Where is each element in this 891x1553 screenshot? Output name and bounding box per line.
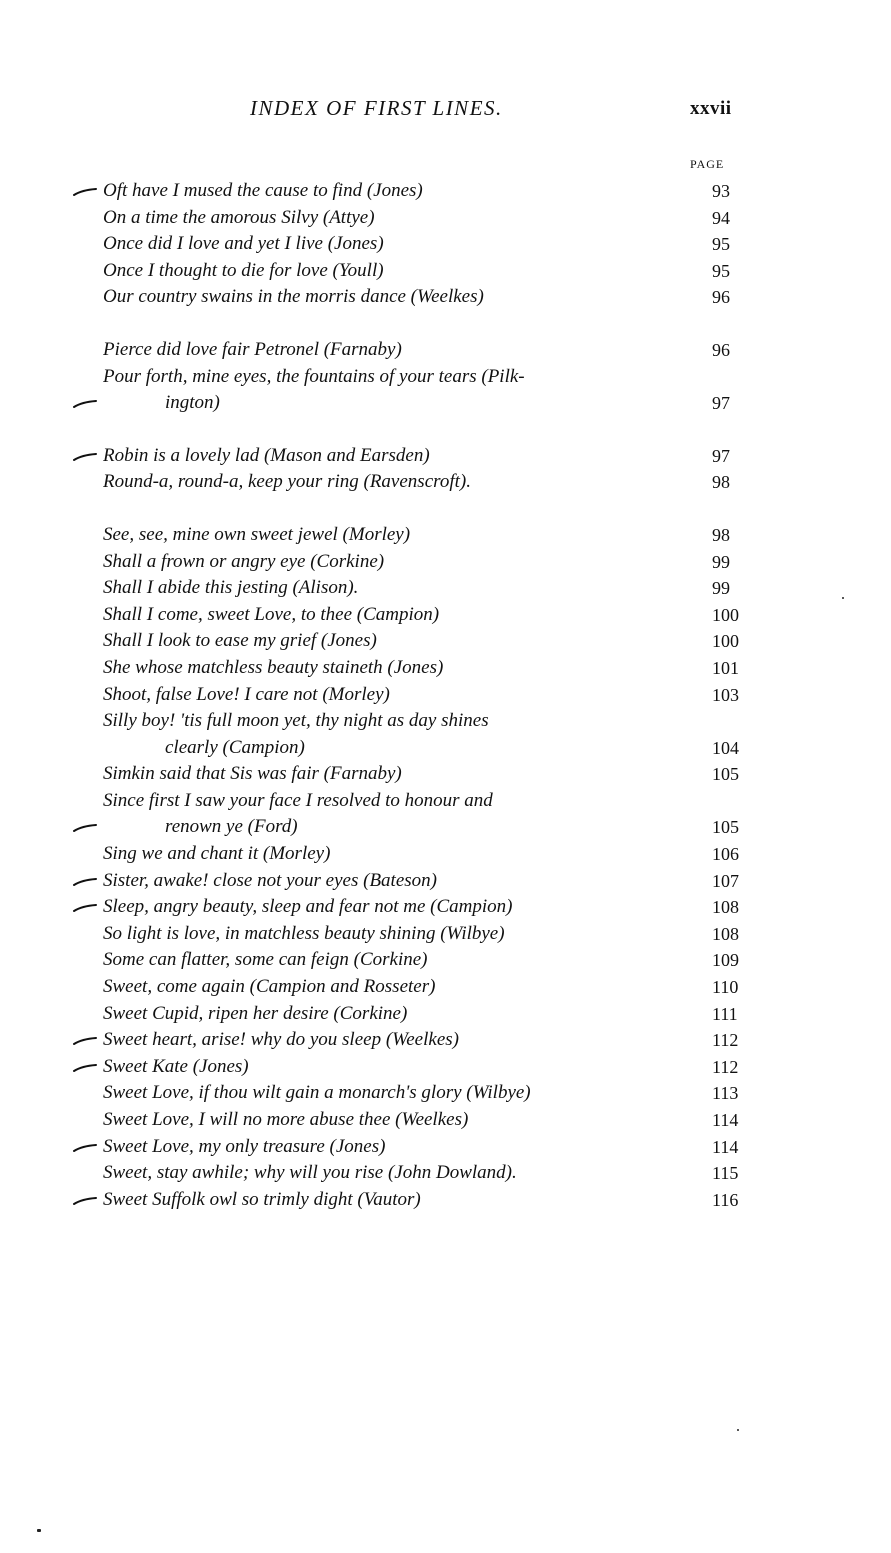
entry-page-number: 93 [712,178,752,205]
index-entry: Pour forth, mine eyes, the fountains of … [0,364,891,417]
index-entry: Once I thought to die for love (Youll)95 [0,258,891,285]
first-line-label: Once did I love and yet I live (Jones) [103,233,388,254]
first-line-label: Once I thought to die for love (Youll) [103,260,388,281]
entry-page-number: 96 [712,337,752,364]
first-line-text: Simkin said that Sis was fair (Farnaby) [103,761,693,788]
page-number: xxvii [690,98,732,120]
first-line-text: Round-a, round-a, keep your ring (Ravens… [103,469,693,496]
entry-page-number: 114 [712,1134,752,1161]
pencil-tick-mark-icon [72,1197,98,1205]
index-entry: Sweet Cupid, ripen her desire (Corkine)1… [0,1001,891,1028]
continuation-label: renown ye (Ford) [165,816,302,837]
index-entry: Sweet, stay awhile; why will you rise (J… [0,1160,891,1187]
entry-page-number: 96 [712,284,752,311]
first-line-label: On a time the amorous Silvy (Attye) [103,207,379,228]
first-line-text: Sweet Love, if thou wilt gain a monarch'… [103,1080,693,1107]
index-entry: Sweet Suffolk owl so trimly dight (Vauto… [0,1187,891,1214]
first-line-text: Sister, awake! close not your eyes (Bate… [103,868,693,895]
entry-page-number: 111 [712,1001,752,1028]
first-line-text: Shoot, false Love! I care not (Morley) [103,682,693,709]
continuation-line-text: renown ye (Ford) [165,814,693,841]
first-line-label: Shall a frown or angry eye (Corkine) [103,551,388,572]
first-line-label: Robin is a lovely lad (Mason and Earsden… [103,445,434,466]
index-entry: Round-a, round-a, keep your ring (Ravens… [0,469,891,496]
index-entry: Sweet Love, my only treasure (Jones)114 [0,1134,891,1161]
index-entry: See, see, mine own sweet jewel (Morley)9… [0,522,891,549]
entry-page-number: 116 [712,1187,752,1214]
first-line-text: Sweet, come again (Campion and Rosseter) [103,974,693,1001]
entry-page-number: 95 [712,258,752,285]
first-line-label: Since first I saw your face I resolved t… [103,790,497,811]
first-line-label: Sweet Love, my only treasure (Jones) [103,1136,389,1157]
scan-speck [37,1529,41,1532]
first-line-label: Simkin said that Sis was fair (Farnaby) [103,763,406,784]
index-entry: Sweet Love, I will no more abuse thee (W… [0,1107,891,1134]
first-line-label: Our country swains in the morris dance (… [103,286,488,307]
first-line-label: See, see, mine own sweet jewel (Morley) [103,524,414,545]
first-line-label: Oft have I mused the cause to find (Jone… [103,180,427,201]
entry-page-number: 105 [712,761,752,788]
first-line-text: Shall I come, sweet Love, to thee (Campi… [103,602,693,629]
first-line-text: Shall I look to ease my grief (Jones) [103,628,693,655]
first-line-label: Sing we and chant it (Morley) [103,843,334,864]
first-line-label: Some can flatter, some can feign (Corkin… [103,949,432,970]
first-line-label: Sweet Love, I will no more abuse thee (W… [103,1109,472,1130]
first-line-label: Shall I abide this jesting (Alison). [103,577,362,598]
pencil-tick-mark-icon [72,1064,98,1072]
first-line-label: Sweet Kate (Jones) [103,1056,253,1077]
entry-page-number: 100 [712,628,752,655]
entry-page-number: 106 [712,841,752,868]
first-line-text: See, see, mine own sweet jewel (Morley) [103,522,693,549]
index-entry: Some can flatter, some can feign (Corkin… [0,947,891,974]
entry-page-number: 107 [712,868,752,895]
first-line-text: Shall I abide this jesting (Alison). [103,575,693,602]
index-entry: Shall I come, sweet Love, to thee (Campi… [0,602,891,629]
first-line-text: Sweet Suffolk owl so trimly dight (Vauto… [103,1187,693,1214]
running-head-title: INDEX OF FIRST LINES. [250,96,503,121]
index-entry: Oft have I mused the cause to find (Jone… [0,178,891,205]
first-line-label: Pour forth, mine eyes, the fountains of … [103,366,529,387]
entry-page-number: 115 [712,1160,752,1187]
index-entry: She whose matchless beauty staineth (Jon… [0,655,891,682]
entry-page-number: 104 [712,735,752,762]
first-line-text: Once did I love and yet I live (Jones) [103,231,693,258]
scan-speck [842,597,844,599]
index-entry: Silly boy! 'tis full moon yet, thy night… [0,708,891,761]
first-line-text: Sweet Kate (Jones) [103,1054,693,1081]
scan-speck [737,1429,739,1431]
index-entry: Pierce did love fair Petronel (Farnaby)9… [0,337,891,364]
continuation-label: clearly (Campion) [165,737,309,758]
pencil-tick-mark-icon [72,453,98,461]
first-line-text: Sweet Love, my only treasure (Jones) [103,1134,693,1161]
first-line-text: She whose matchless beauty staineth (Jon… [103,655,693,682]
first-line-text: Silly boy! 'tis full moon yet, thy night… [103,708,693,735]
continuation-label: ington) [165,392,224,413]
entry-page-number: 101 [712,655,752,682]
first-line-text: Pour forth, mine eyes, the fountains of … [103,364,693,391]
first-line-label: Shall I come, sweet Love, to thee (Campi… [103,604,443,625]
first-line-text: Sweet Cupid, ripen her desire (Corkine) [103,1001,693,1028]
continuation-line-text: clearly (Campion) [165,735,693,762]
first-line-label: Sweet, stay awhile; why will you rise (J… [103,1162,521,1183]
entry-page-number: 95 [712,231,752,258]
entry-page-number: 112 [712,1054,752,1081]
entry-page-number: 97 [712,390,752,417]
index-entry: Since first I saw your face I resolved t… [0,788,891,841]
entry-page-number: 108 [712,894,752,921]
index-entry: Shall I abide this jesting (Alison).99 [0,575,891,602]
first-line-text: Sing we and chant it (Morley) [103,841,693,868]
first-line-label: Sweet Cupid, ripen her desire (Corkine) [103,1003,411,1024]
entry-page-number: 98 [712,469,752,496]
first-line-label: Shoot, false Love! I care not (Morley) [103,684,394,705]
first-line-label: Sweet heart, arise! why do you sleep (We… [103,1029,463,1050]
first-line-text: Once I thought to die for love (Youll) [103,258,693,285]
index-entry: Sleep, angry beauty, sleep and fear not … [0,894,891,921]
first-line-text: Shall a frown or angry eye (Corkine) [103,549,693,576]
index-entry: Sweet, come again (Campion and Rosseter)… [0,974,891,1001]
entry-page-number: 114 [712,1107,752,1134]
first-line-label: Sweet Suffolk owl so trimly dight (Vauto… [103,1189,425,1210]
first-line-label: Shall I look to ease my grief (Jones) [103,630,381,651]
entry-page-number: 98 [712,522,752,549]
index-of-first-lines: Oft have I mused the cause to find (Jone… [0,178,891,1213]
first-line-text: So light is love, in matchless beauty sh… [103,921,693,948]
index-entry: Sing we and chant it (Morley)106 [0,841,891,868]
first-line-label: Silly boy! 'tis full moon yet, thy night… [103,710,493,731]
first-line-label: So light is love, in matchless beauty sh… [103,923,509,944]
entry-page-number: 99 [712,549,752,576]
entry-page-number: 110 [712,974,752,1001]
first-line-text: On a time the amorous Silvy (Attye) [103,205,693,232]
pencil-tick-mark-icon [72,1144,98,1152]
first-line-text: Since first I saw your face I resolved t… [103,788,693,815]
index-entry: So light is love, in matchless beauty sh… [0,921,891,948]
index-entry: Sister, awake! close not your eyes (Bate… [0,868,891,895]
first-line-text: Sweet Love, I will no more abuse thee (W… [103,1107,693,1134]
index-entry: Robin is a lovely lad (Mason and Earsden… [0,443,891,470]
first-line-text: Some can flatter, some can feign (Corkin… [103,947,693,974]
index-entry: On a time the amorous Silvy (Attye)94 [0,205,891,232]
entry-page-number: 105 [712,814,752,841]
first-line-label: Round-a, round-a, keep your ring (Ravens… [103,471,475,492]
pencil-tick-mark-icon [72,400,98,408]
entry-page-number: 113 [712,1080,752,1107]
index-entry: Shoot, false Love! I care not (Morley)10… [0,682,891,709]
entry-page-number: 94 [712,205,752,232]
pencil-tick-mark-icon [72,878,98,886]
first-line-text: Sweet heart, arise! why do you sleep (We… [103,1027,693,1054]
entry-page-number: 97 [712,443,752,470]
first-line-text: Sleep, angry beauty, sleep and fear not … [103,894,693,921]
pencil-tick-mark-icon [72,904,98,912]
index-entry: Shall a frown or angry eye (Corkine)99 [0,549,891,576]
first-line-label: Sweet Love, if thou wilt gain a monarch'… [103,1082,535,1103]
continuation-line-text: ington) [165,390,693,417]
index-entry: Sweet Love, if thou wilt gain a monarch'… [0,1080,891,1107]
first-line-text: Oft have I mused the cause to find (Jone… [103,178,693,205]
entry-page-number: 109 [712,947,752,974]
first-line-label: Sweet, come again (Campion and Rosseter) [103,976,439,997]
first-line-text: Pierce did love fair Petronel (Farnaby) [103,337,693,364]
pencil-tick-mark-icon [72,188,98,196]
entry-page-number: 103 [712,682,752,709]
entry-page-number: 99 [712,575,752,602]
first-line-label: Pierce did love fair Petronel (Farnaby) [103,339,406,360]
index-entry: Once did I love and yet I live (Jones)95 [0,231,891,258]
index-entry: Shall I look to ease my grief (Jones)100 [0,628,891,655]
entry-page-number: 100 [712,602,752,629]
index-entry: Sweet Kate (Jones)112 [0,1054,891,1081]
first-line-label: Sleep, angry beauty, sleep and fear not … [103,896,516,917]
first-line-text: Sweet, stay awhile; why will you rise (J… [103,1160,693,1187]
entry-page-number: 112 [712,1027,752,1054]
first-line-text: Robin is a lovely lad (Mason and Earsden… [103,443,693,470]
index-entry: Simkin said that Sis was fair (Farnaby)1… [0,761,891,788]
entry-page-number: 108 [712,921,752,948]
pencil-tick-mark-icon [72,1037,98,1045]
first-line-text: Our country swains in the morris dance (… [103,284,693,311]
first-line-label: She whose matchless beauty staineth (Jon… [103,657,447,678]
page-column-label: PAGE [690,157,724,172]
index-entry: Sweet heart, arise! why do you sleep (We… [0,1027,891,1054]
first-line-label: Sister, awake! close not your eyes (Bate… [103,870,441,891]
index-entry: Our country swains in the morris dance (… [0,284,891,311]
pencil-tick-mark-icon [72,824,98,832]
